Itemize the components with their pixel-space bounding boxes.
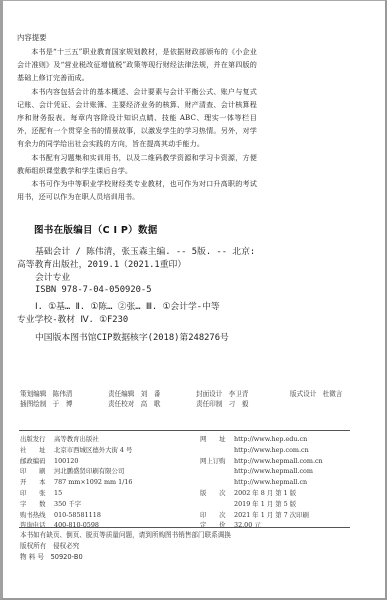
summary-paragraph: 本书可作为中等职业学校财经类专业教材，也可作为对口升高职的考试用书，还可以作为在… [17, 177, 257, 203]
summary-paragraph: 本书配有习题集和实训用书，以及二维码教学资源和学习卡资源，方便教师组织课堂教学和… [17, 151, 257, 177]
cip-line: Ⅰ. ①基… Ⅱ. ①陈… ②张… Ⅲ. ①会计学-中等 [35, 300, 220, 314]
info-row: 购书热线010-58581118 [20, 510, 133, 521]
info-row: 印 张15 [20, 488, 133, 499]
cip-line: 专业学校-教材 Ⅳ. ①F230 [17, 313, 128, 327]
cip-line: 基础会计 / 陈伟清，张玉森主编. -- 5版. -- 北京: [35, 245, 255, 259]
cip-title: 图书在版编目（C I P）数据 [34, 222, 158, 236]
credit-item: 封面设计 李卫青 [196, 389, 248, 399]
summary-paragraph: 本书内容包括会计的基本概述、会计要素与会计平衡公式、账户与复式记账、会计凭证、会… [17, 85, 257, 151]
info-row: 网上订购http://www.hepmall.com.cn [200, 456, 323, 467]
material-number: 物 料 号 50920-B0 [20, 552, 83, 563]
quality-notice: 本书如有缺页、倒页、脱页等质量问题，请到所购图书销售部门联系调换 [20, 530, 231, 541]
divider [19, 527, 350, 528]
info-row: 邮政编码100120 [20, 456, 133, 467]
info-row: 出版发行高等教育出版社 [20, 434, 133, 445]
info-row: 印 刷河北鹏盛贤印刷有限公司 [20, 466, 133, 477]
website-link: http://www.hepmall.com.cn [234, 456, 323, 467]
website-link: http://www.hep.com.cn [234, 445, 309, 456]
publisher-info-left: 出版发行高等教育出版社 社 址北京市西城区德外大街 4 号 邮政编码100120… [20, 434, 133, 531]
cip-isbn: ISBN 978-7-04-050920-5 [35, 283, 152, 297]
cip-line: 高等教育出版社，2019.1（2021.1重印） [17, 258, 186, 272]
info-row: 网 址http://www.hep.edu.cn [200, 434, 323, 445]
cip-number: 中国版本图书馆CIP数据核字(2018)第248276号 [35, 331, 229, 345]
credit-item: 策划编辑 陈伟清 [20, 389, 72, 399]
info-row: 社 址北京市西城区德外大街 4 号 [20, 445, 133, 456]
copyright-notice: 版权所有 侵权必究 [20, 541, 79, 552]
divider [19, 430, 350, 431]
info-row: 印 次2021 年 1 月 第 7 次印刷 [200, 510, 323, 521]
credit-item: 责任印制 刁 毅 [196, 399, 248, 409]
info-row: http://www.hepmall.com [200, 466, 323, 477]
website-link: http://www.hepmall.com [234, 466, 313, 477]
credit-item: 责任编辑 刘 番 [108, 389, 160, 399]
info-row: 字 数350 千字 [20, 499, 133, 510]
publisher-info-right: 网 址http://www.hep.edu.cn http://www.hep.… [200, 434, 323, 531]
website-link: http://www.hep.edu.cn [234, 434, 307, 445]
info-row: http://www.hep.com.cn [200, 445, 323, 456]
info-row: 开 本787 mm×1092 mm 1/16 [20, 477, 133, 488]
content-summary: 内容提要 本书是“十三五”职业教育国家规划教材，是依据财政部颁布的《小企业会计准… [17, 31, 257, 203]
summary-paragraph: 本书是“十三五”职业教育国家规划教材，是依据财政部颁布的《小企业会计准则》及“营… [17, 45, 257, 85]
credit-item: 版式设计 杜微言 [290, 389, 342, 399]
info-row: http://www.hepmall.cn [200, 477, 323, 488]
info-row: 2019 年 1 月 第 5 版 [200, 499, 323, 510]
credit-item: 责任校对 高 歌 [108, 399, 160, 409]
credit-item: 插图绘制 于 博 [20, 399, 72, 409]
website-link: http://www.hepmall.cn [234, 477, 307, 488]
summary-heading: 内容提要 [17, 31, 257, 44]
info-row: 版 次2002 年 8 月 第 1 版 [200, 488, 323, 499]
